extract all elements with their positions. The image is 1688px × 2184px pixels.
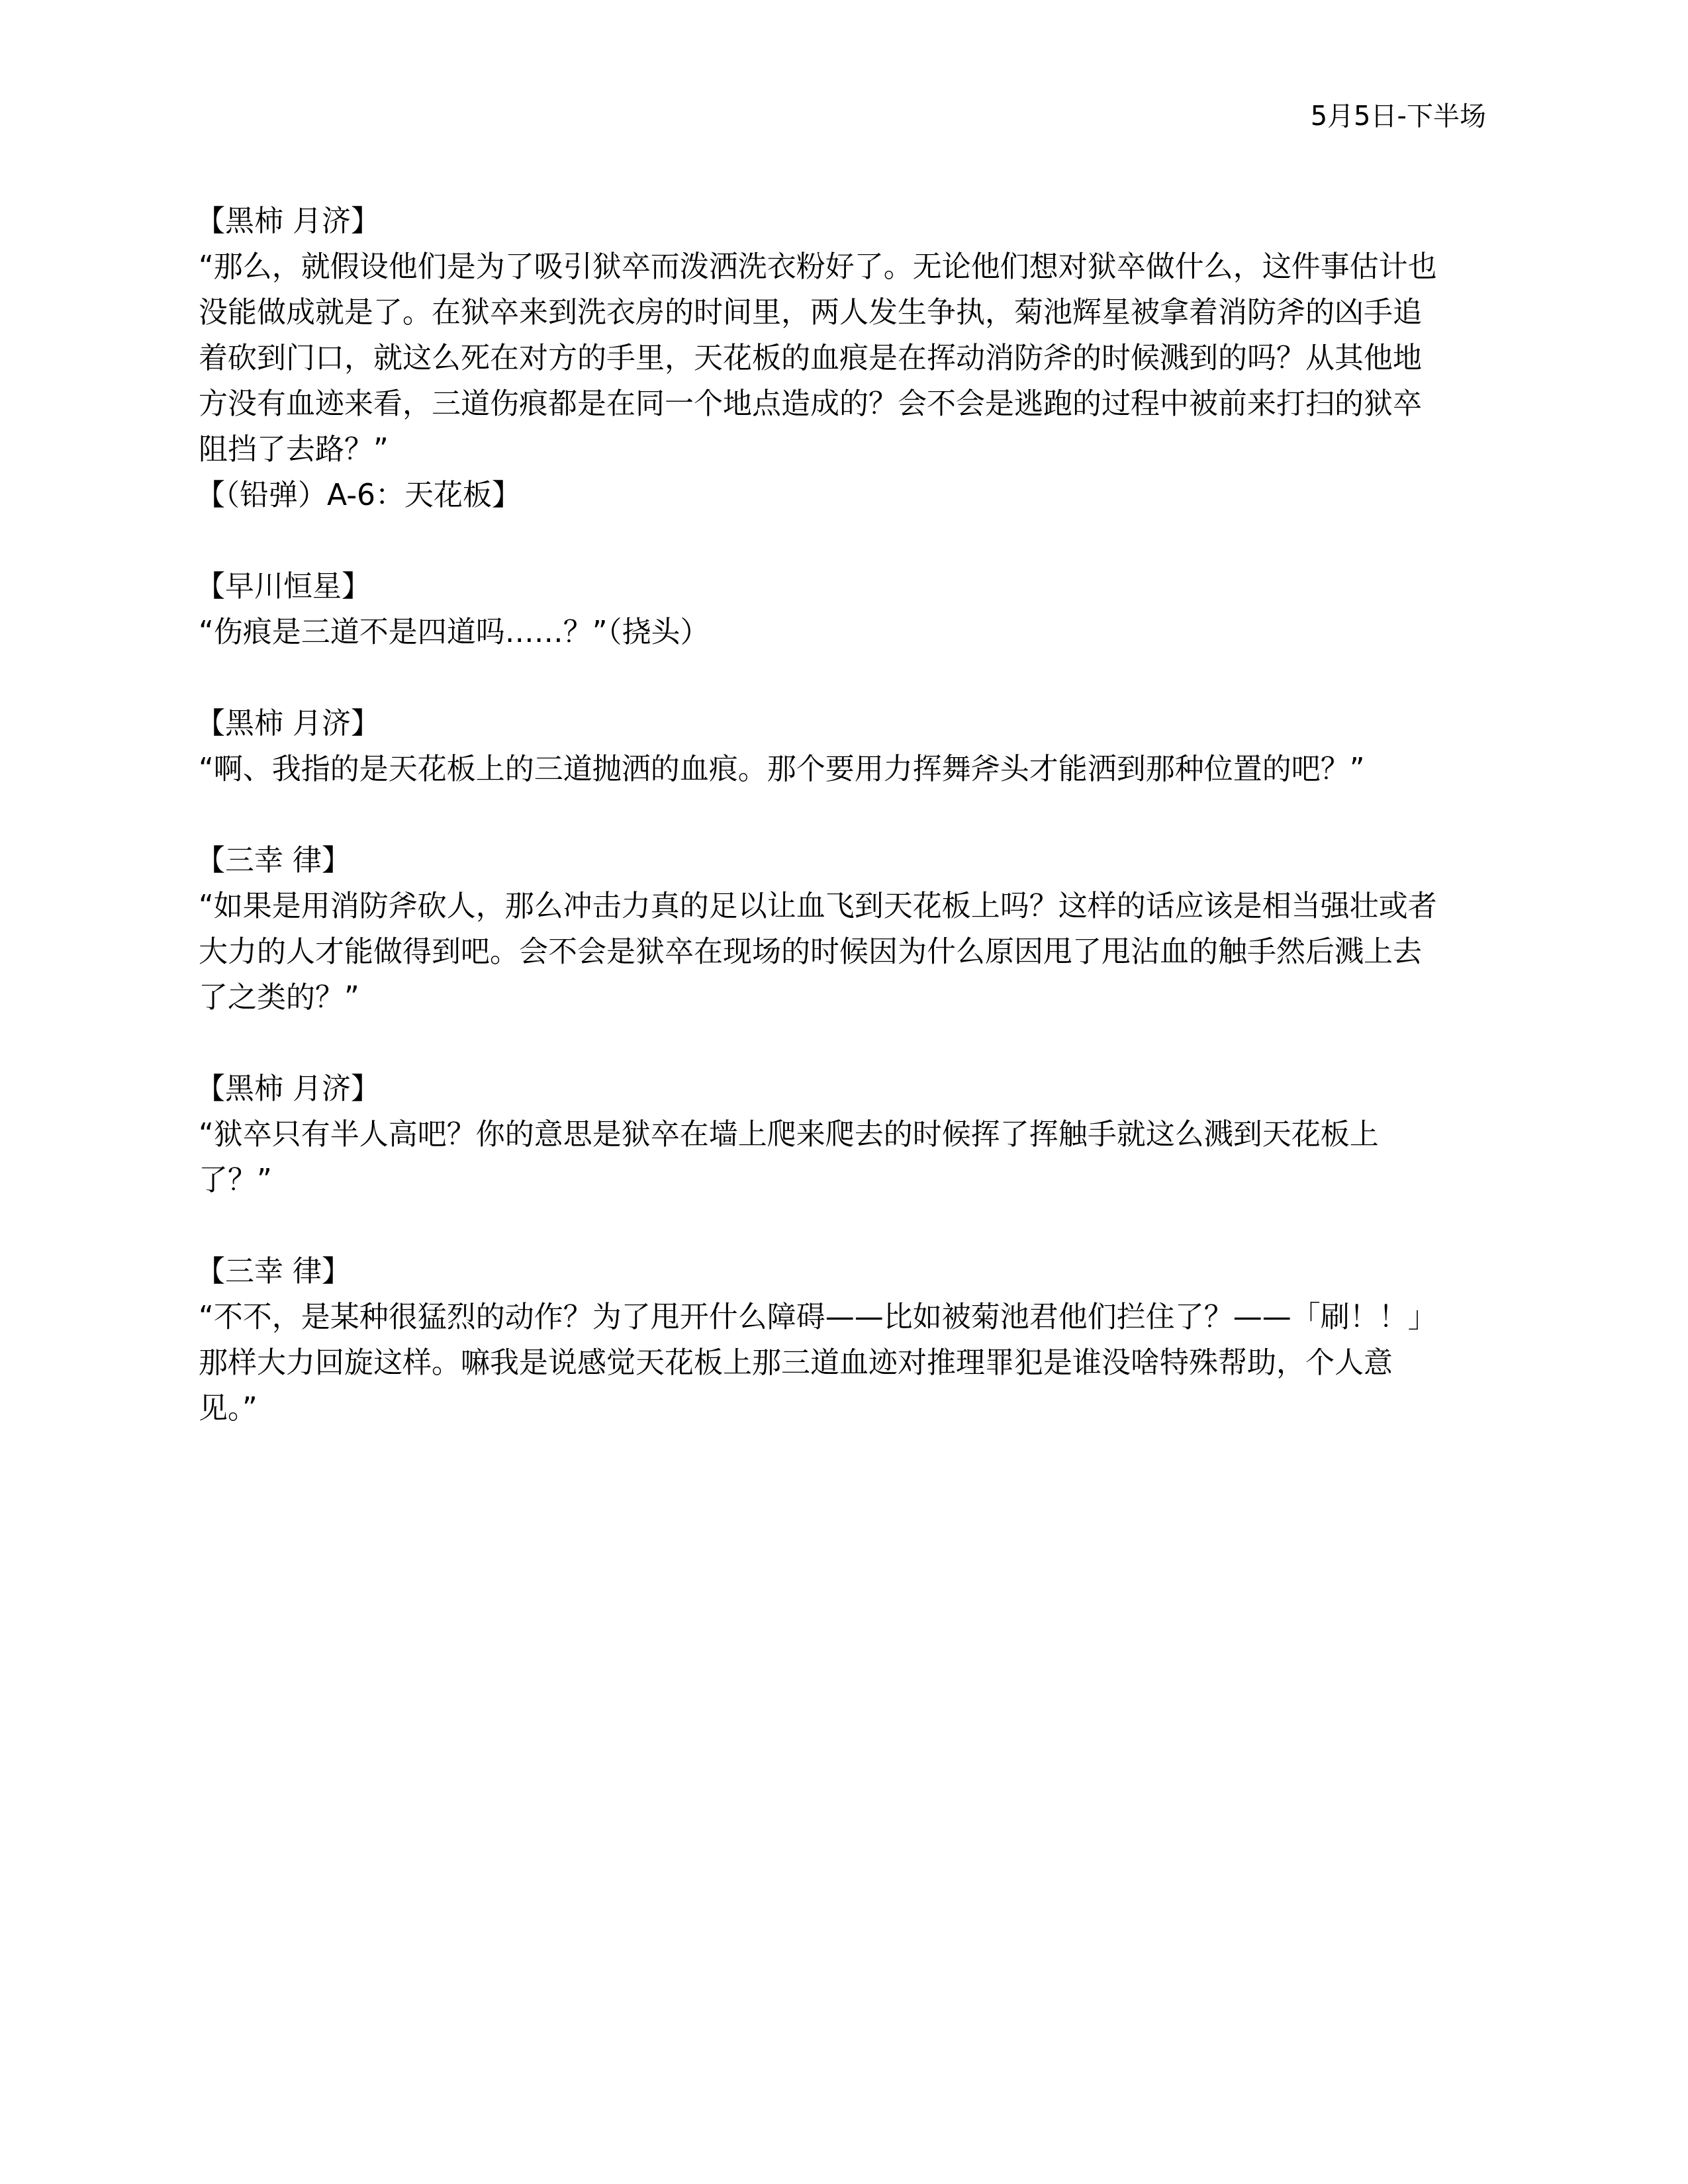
- dialogue-line: 了之类的？”: [199, 975, 1496, 1021]
- speaker-name: 【三幸 律】: [196, 838, 1496, 884]
- dialogue-line: “如果是用消防斧砍人，那么冲击力真的足以让血飞到天花板上吗？这样的话应该是相当强…: [199, 884, 1496, 929]
- dialogue-line: “那么，就假设他们是为了吸引狱卒而泼洒洗衣粉好了。无论他们想对狱卒做什么，这件事…: [199, 244, 1496, 290]
- session-label: 5月5日-下半场: [1311, 98, 1486, 135]
- dialogue-line: 那样大力回旋这样。嘛我是说感觉天花板上那三道血迹对推理罪犯是谁没啥特殊帮助，个人…: [199, 1340, 1496, 1386]
- dialogue-entry: 【黑柿 月济】 “啊、我指的是天花板上的三道抛洒的血痕。那个要用力挥舞斧头才能洒…: [199, 701, 1496, 792]
- dialogue-entry: 【黑柿 月济】 “那么，就假设他们是为了吸引狱卒而泼洒洗衣粉好了。无论他们想对狱…: [199, 199, 1496, 518]
- dialogue-line: 见。”: [199, 1386, 1496, 1432]
- dialogue-line: “伤痕是三道不是四道吗……？”（挠头）: [199, 610, 1496, 655]
- dialogue-line: “不不，是某种很猛烈的动作？为了甩开什么障碍——比如被菊池君他们拦住了？——「刷…: [199, 1295, 1496, 1340]
- speaker-name: 【早川恒星】: [196, 564, 1496, 610]
- speaker-name: 【黑柿 月济】: [196, 199, 1496, 244]
- dialogue-line: 阻挡了去路？”: [199, 427, 1496, 473]
- dialogue-line: “狱卒只有半人高吧？你的意思是狱卒在墙上爬来爬去的时候挥了挥触手就这么溅到天花板…: [199, 1112, 1496, 1158]
- dialogue-entry: 【三幸 律】 “如果是用消防斧砍人，那么冲击力真的足以让血飞到天花板上吗？这样的…: [199, 838, 1496, 1021]
- dialogue-line: 了？”: [199, 1158, 1496, 1203]
- dialogue-entry: 【三幸 律】 “不不，是某种很猛烈的动作？为了甩开什么障碍——比如被菊池君他们拦…: [199, 1249, 1496, 1432]
- speaker-name: 【黑柿 月济】: [196, 701, 1496, 747]
- dialogue-transcript: 【黑柿 月济】 “那么，就假设他们是为了吸引狱卒而泼洒洗衣粉好了。无论他们想对狱…: [199, 199, 1496, 1432]
- dialogue-line: 着砍到门口，就这么死在对方的手里，天花板的血痕是在挥动消防斧的时候溅到的吗？从其…: [199, 336, 1496, 381]
- dialogue-entry: 【早川恒星】 “伤痕是三道不是四道吗……？”（挠头）: [199, 564, 1496, 655]
- dialogue-line: 大力的人才能做得到吧。会不会是狱卒在现场的时候因为什么原因甩了甩沾血的触手然后溅…: [199, 929, 1496, 975]
- speaker-name: 【黑柿 月济】: [196, 1066, 1496, 1112]
- dialogue-line: 方没有血迹来看，三道伤痕都是在同一个地点造成的？会不会是逃跑的过程中被前来打扫的…: [199, 381, 1496, 427]
- speaker-name: 【三幸 律】: [196, 1249, 1496, 1295]
- dialogue-line: 没能做成就是了。在狱卒来到洗衣房的时间里，两人发生争执，菊池辉星被拿着消防斧的凶…: [199, 290, 1496, 336]
- dialogue-line: “啊、我指的是天花板上的三道抛洒的血痕。那个要用力挥舞斧头才能洒到那种位置的吧？…: [199, 747, 1496, 792]
- evidence-reference: 【（铅弹）A-6：天花板】: [196, 473, 1496, 518]
- dialogue-entry: 【黑柿 月济】 “狱卒只有半人高吧？你的意思是狱卒在墙上爬来爬去的时候挥了挥触手…: [199, 1066, 1496, 1203]
